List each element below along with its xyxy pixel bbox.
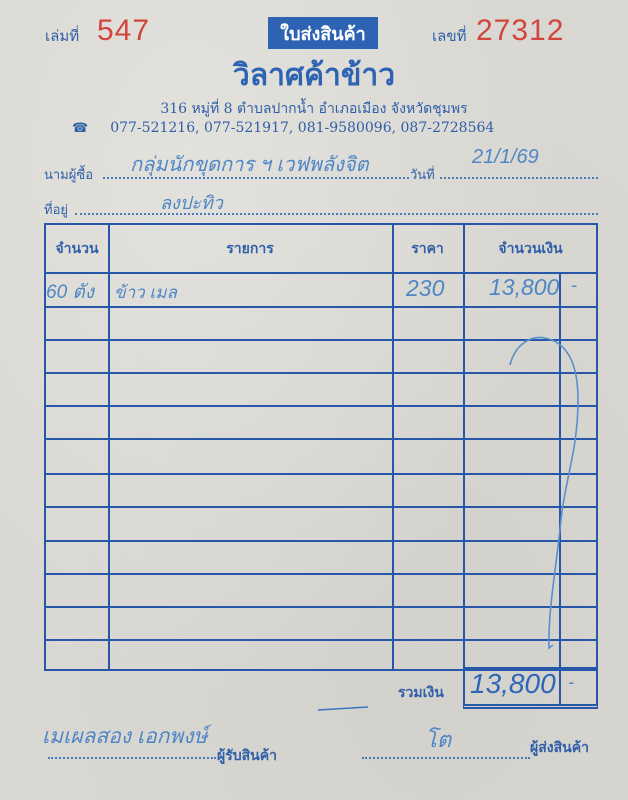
sender-dotted-line [362,757,530,759]
sender-signature[interactable]: โต [425,722,451,757]
sender-label: ผู้ส่งสินค้า [530,737,589,759]
total-satang[interactable]: - [568,672,574,693]
receiver-label: ผู้รับสินค้า [217,745,277,767]
satang-divider [559,669,561,704]
receiver-dotted-line [48,757,216,759]
receiver-signature[interactable]: เมเผลสอง เอกพงษ์ [42,720,207,753]
total-label: รวมเงิน [398,682,444,704]
total-amount[interactable]: 13,800 [470,668,556,700]
